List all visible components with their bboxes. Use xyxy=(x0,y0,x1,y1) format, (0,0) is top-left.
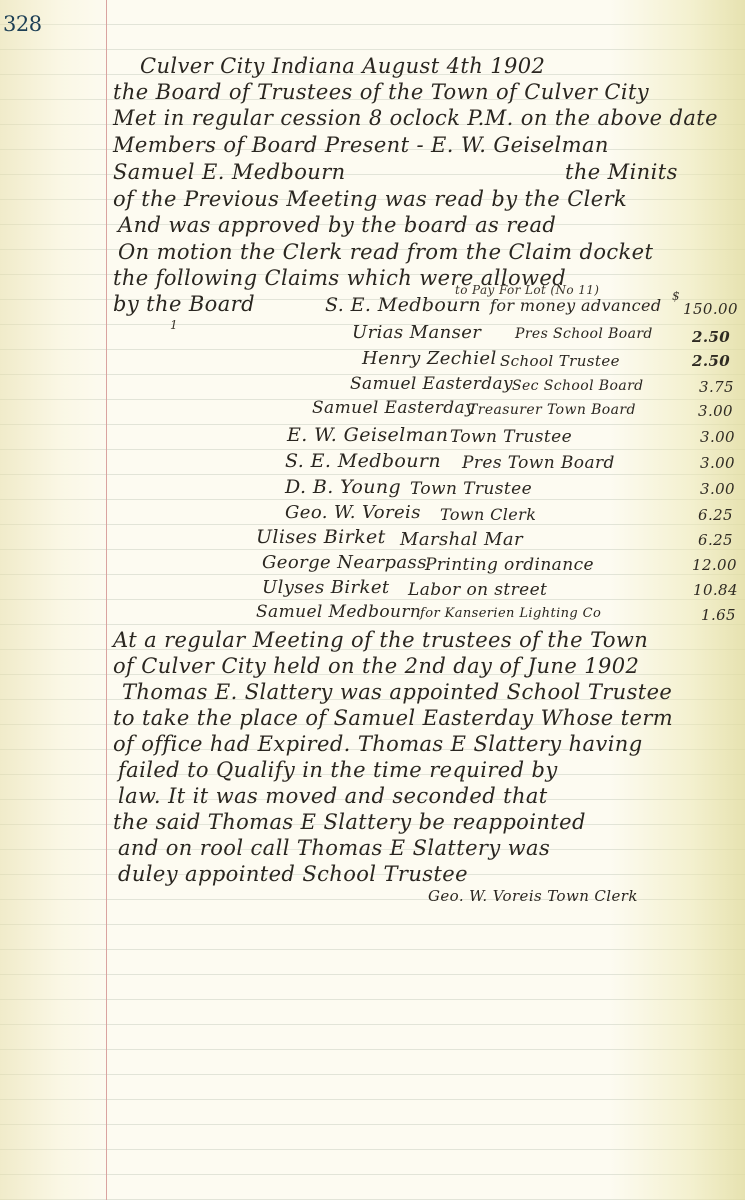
clerk-signature: Geo. W. Voreis Town Clerk xyxy=(428,887,638,905)
claim-payee: S. E. Medbourn xyxy=(285,450,441,472)
claim-amount: 10.84 xyxy=(693,581,738,599)
claim-amount: 6.25 xyxy=(698,506,733,524)
minutes-line: the said Thomas E Slattery be reappointe… xyxy=(113,810,586,834)
claim-purpose: for Kanserien Lighting Co xyxy=(420,606,601,621)
minutes-line: and on rool call Thomas E Slattery was xyxy=(118,836,550,860)
claim-purpose: Treasurer Town Board xyxy=(468,402,636,418)
claim-amount: 1.65 xyxy=(701,606,736,624)
claim-purpose: Town Trustee xyxy=(450,427,572,447)
claim-payee: George Nearpass xyxy=(262,552,427,573)
minutes-line: of the Previous Meeting was read by the … xyxy=(113,187,627,211)
minutes-line: to take the place of Samuel Easterday Wh… xyxy=(113,706,673,730)
claim-amount: 3.00 xyxy=(700,428,735,446)
claim-payee: Henry Zechiel xyxy=(362,348,497,369)
claim-purpose: Pres Town Board xyxy=(462,453,615,473)
claim-amount: 2.50 xyxy=(692,352,730,370)
claim-purpose: Labor on street xyxy=(408,580,547,600)
claim-amount: 2.50 xyxy=(692,328,730,346)
minutes-line: of Culver City held on the 2nd day of Ju… xyxy=(113,654,639,678)
minutes-line: of office had Expired. Thomas E Slattery… xyxy=(113,732,643,756)
minutes-line: law. It it was moved and seconded that xyxy=(118,784,548,808)
minutes-line: On motion the Clerk read from the Claim … xyxy=(118,240,653,264)
minutes-line: At a regular Meeting of the trustees of … xyxy=(113,628,648,652)
claim-payee: D. B. Young xyxy=(285,476,401,498)
claim-payee: E. W. Geiselman xyxy=(287,424,448,446)
minutes-line: by the Board xyxy=(113,292,255,316)
claim-amount: 3.00 xyxy=(700,480,735,498)
minutes-line: failed to Qualify in the time required b… xyxy=(118,758,558,782)
minutes-heading: Culver City Indiana August 4th 1902 xyxy=(140,54,545,78)
margin-rule xyxy=(106,0,107,1200)
minutes-line: the Board of Trustees of the Town of Cul… xyxy=(113,80,649,104)
claim-currency: $ xyxy=(672,289,680,303)
claim-purpose: Sec School Board xyxy=(512,378,644,394)
claim-amount: 3.00 xyxy=(698,402,733,420)
minutes-line: Members of Board Present - E. W. Geiselm… xyxy=(113,133,609,157)
claim-payee: Samuel Medbourn xyxy=(256,602,421,622)
claim-purpose: Town Clerk xyxy=(440,505,536,524)
claim-amount: 3.75 xyxy=(699,378,734,396)
minutes-line: duley appointed School Trustee xyxy=(118,862,468,886)
minutes-line: Samuel E. Medbourn xyxy=(113,160,346,184)
claim-purpose: School Trustee xyxy=(500,352,620,370)
ledger-page: 328 Culver City Indiana August 4th 1902 … xyxy=(0,0,745,1200)
page-number: 328 xyxy=(3,12,42,36)
minutes-line: Met in regular cession 8 oclock P.M. on … xyxy=(113,106,718,130)
claim-amount: 150.00 xyxy=(683,300,738,318)
claim-purpose: Printing ordinance xyxy=(425,555,594,575)
claim-purpose: Pres School Board xyxy=(515,326,653,342)
claim-amount: 3.00 xyxy=(700,454,735,472)
claim-payee: Samuel Easterday xyxy=(312,398,475,418)
claim-payee: Samuel Easterday xyxy=(350,374,513,394)
claim-payee: Ulises Birket xyxy=(256,526,386,548)
minutes-line: the Minits xyxy=(565,160,678,184)
claim-purpose: Town Trustee xyxy=(410,479,532,499)
claim-purpose: for money advanced xyxy=(490,296,662,315)
claim-amount: 6.25 xyxy=(698,531,733,549)
claim-payee: Geo. W. Voreis xyxy=(285,502,421,523)
claim-payee: S. E. Medbourn xyxy=(325,294,481,316)
margin-mark: 1 xyxy=(170,318,178,332)
claim-purpose: Marshal Mar xyxy=(400,529,523,550)
minutes-line: And was approved by the board as read xyxy=(118,213,556,237)
claim-amount: 12.00 xyxy=(692,556,737,574)
claim-payee: Urias Manser xyxy=(352,322,481,343)
claim-payee: Ulyses Birket xyxy=(262,577,390,598)
minutes-line: Thomas E. Slattery was appointed School … xyxy=(122,680,672,704)
